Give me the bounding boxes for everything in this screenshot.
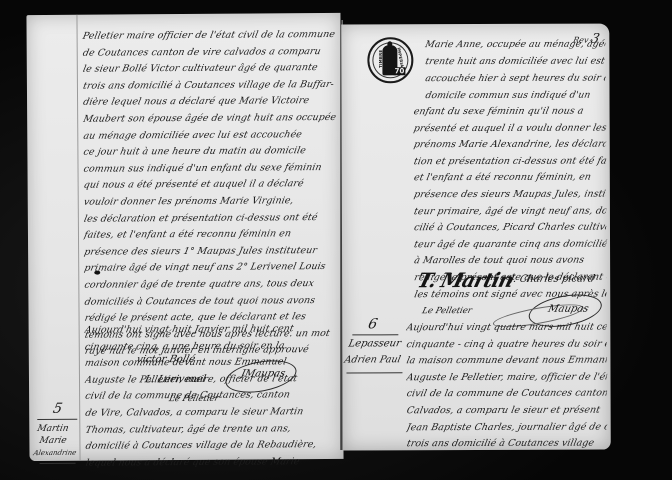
tax-stamp-icon: TIMBRE IMPERIAL 70 [367,37,413,83]
text-line: de Vire, Calvados, a comparu le sieur Ma… [84,404,339,422]
text-line: Jean Baptiste Charles, journalier âgé de… [405,419,608,436]
text-line: le sieur Bollé Victor cultivateur âgé de… [81,60,336,78]
divider [37,419,77,420]
text-line: les déclaration et présentation ci-dessu… [82,209,337,227]
right-entry-6: Aujourd'hui vingt quatre mars mil huit c… [406,320,606,453]
text-line: Auguste le Pelletier, maire, officier de… [405,369,608,386]
text-line: maison commune devant nous Emmanuel [83,354,338,372]
text-line: domicile commun sus indiqué d'un [424,87,608,105]
entry-name-line: Lepasseur [347,338,402,350]
left-page: Pelletier maire officier de l'état civil… [26,13,343,461]
entry-number: 6 [367,316,379,332]
text-line: Calvados, a comparu le sieur et présent [405,403,608,420]
text-line: civil de la commune de Coutances canton … [405,386,608,403]
divider [346,372,402,373]
text-line: trois ans domicilié à Coutances village [405,436,608,453]
left-entry-5-text: Aujourd'hui vingt huit Janvier mil huit … [85,321,338,472]
text-line: la maison commune devant nous Emmanuel [405,353,608,370]
text-line: accouchée hier à sept heures du soir au [424,70,608,88]
document-scan: Pelletier maire officier de l'état civil… [0,0,672,480]
text-line: Marie Anne, occupée au ménage, âgée de [424,36,608,54]
text-line: ce jour huit à une heure du matin au dom… [82,143,337,161]
text-line: cinquante - cinq à quatre heures du soir… [405,336,608,353]
entry-name-line: Adrien Paul [343,354,402,366]
left-continued-act: Pelletier maire officier de l'état civil… [83,27,337,361]
divider [352,334,398,335]
text-line: Aujourd'hui vingt huit Janvier mil huit … [83,321,338,339]
text-line: Maubert son épouse âgée de vingt huit an… [81,110,336,128]
divider [40,463,76,464]
margin-rule [76,15,80,461]
text-line: civil de la commune de Coutances, canton [83,387,338,405]
text-line: cinquante cinq, a une heure du soir en l… [83,338,338,356]
text-line: présenté et auquel il a voulu donner les [412,120,607,137]
text-line: vouloir donner les prénoms Marie Virgini… [82,193,337,211]
text-line: lequel nous a déclaré que son épouse Mar… [84,454,339,472]
text-line: Thomas, cultivateur, âgé de trente un an… [84,420,339,438]
text-line: domicilié à Coutances village de la Reba… [84,437,339,455]
text-line: cordonnier âgé de trente quatre ans, tou… [83,276,338,294]
text-line: primaire âgé de vingt neuf ans 2° Lerive… [83,259,338,277]
entry-name-line: Marie [38,435,68,447]
text-line: dière lequel nous a déclaré que Marie Vi… [81,93,336,111]
text-line: trente huit ans domiciliée avec lui est [424,53,608,71]
right-page: Rev 3 TIMBRE IMPERIAL 70 Marie Anne, occ… [341,24,610,451]
text-line: cilié à Coutances, Picard Charles cultiv… [412,220,607,237]
text-line: Pelletier maire officier de l'état civil… [81,27,336,45]
text-line: au ménage domiciliée avec lui est accouc… [82,126,337,144]
text-line: teur primaire, âgé de vingt neuf ans, do… [412,203,607,220]
text-line: prénoms Marie Alexandrine, les déclara- [412,137,607,154]
entry-name-line: Martin [36,423,70,435]
entry-number: 5 [52,401,64,417]
text-line: domiciliés à Coutances de tout quoi nous… [83,292,338,310]
text-line: tion et présentation ci-dessus ont été f… [412,153,607,170]
entry-name-line: Alexandrine [32,447,77,459]
text-line: enfant du sexe féminin qu'il nous a [412,104,607,121]
stamp-value: 70 [394,67,406,75]
text-line: et l'enfant a été reconnu féminin, en [412,170,607,187]
right-continued-act-head: Marie Anne, occupée au ménage, âgée de t… [425,36,605,105]
signature-witness: J. Charles picard [509,274,596,285]
text-line: de Coutances canton de vire calvados a c… [81,44,336,62]
text-line: Aujourd'hui vingt quatre mars mil huit c… [405,320,608,337]
ink-blot [94,271,100,275]
text-line: faites, et l'enfant a été reconnu fémini… [82,226,337,244]
signature-witness-2: Maupas [547,304,590,315]
text-line: teur âgé de quarante cinq ans domicilié [412,236,607,253]
signature-declarant: T. Martin [415,268,515,292]
text-line: présence des sieurs Maupas Jules, instit… [412,187,607,204]
signature-mayor: Le Pelletier [421,306,473,316]
text-line: qui nous a été présenté et auquel il a d… [82,176,337,194]
